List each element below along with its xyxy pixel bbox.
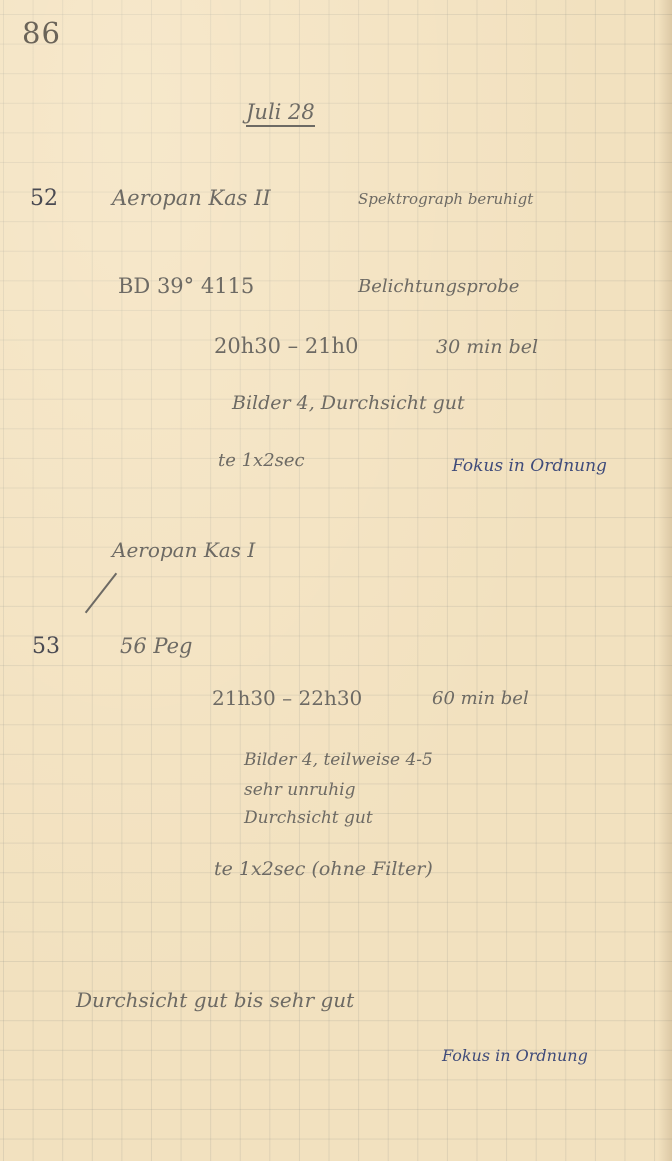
object-note: Belichtungsprobe — [358, 276, 519, 297]
entry-number: 53 — [32, 634, 60, 659]
object-designation: 56 Peg — [120, 634, 192, 658]
focus-test: te 1x2sec (ohne Filter) — [214, 858, 433, 880]
entry-number: 52 — [30, 186, 58, 211]
summary-note: Durchsicht gut bis sehr gut — [76, 988, 354, 1012]
entry-note-right: Spektrograph beruhigt — [358, 190, 533, 208]
exposure-time: 21h30 – 22h30 — [212, 686, 362, 710]
header-date-text: Juli 28 — [246, 100, 315, 127]
focus-test: te 1x2sec — [218, 450, 305, 471]
seeing-quality-line: Bilder 4, teilweise 4-5 — [244, 750, 433, 770]
exposure-time: 20h30 – 21h0 — [214, 334, 358, 358]
exposure-duration: 60 min bel — [432, 688, 529, 709]
object-designation: BD 39° 4115 — [118, 274, 254, 298]
seeing-quality-line: sehr unruhig — [244, 780, 356, 800]
page-number: 86 — [22, 16, 61, 50]
ink-note-focus: Fokus in Ordnung — [452, 456, 607, 476]
exposure-duration: 30 min bel — [436, 336, 538, 358]
page-edge-shadow — [658, 0, 672, 1161]
seeing-quality-line: Durchsicht gut — [244, 808, 373, 828]
ink-note-focus-footer: Fokus in Ordnung — [442, 1046, 588, 1065]
connector-slash — [85, 573, 117, 614]
seeing-quality: Bilder 4, Durchsicht gut — [232, 392, 465, 414]
camera-label: Aeropan Kas I — [112, 538, 255, 562]
camera-label: Aeropan Kas II — [112, 186, 271, 210]
header-date: Juli 28 — [246, 100, 315, 124]
